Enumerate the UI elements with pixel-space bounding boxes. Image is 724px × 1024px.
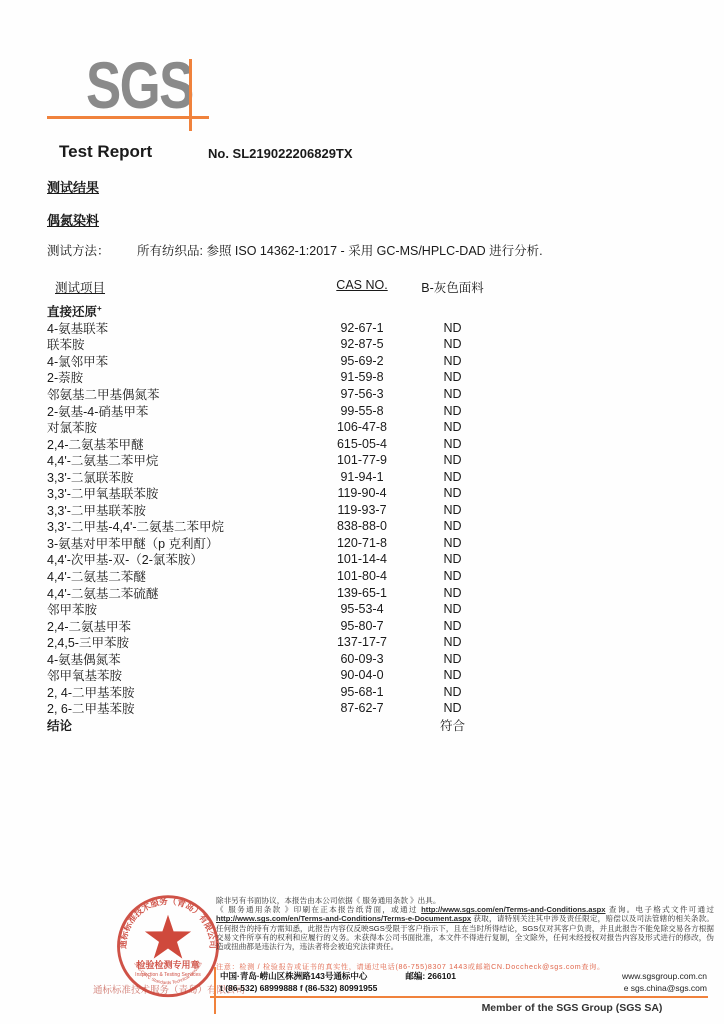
cas-number: 99-55-8 [314, 404, 410, 418]
result-value: ND [410, 668, 495, 682]
result-value: ND [410, 536, 495, 550]
table-row: 2-萘胺 91-59-8 ND [47, 369, 497, 386]
test-item-name: 对氯苯胺 [47, 418, 314, 436]
result-value: ND [410, 337, 495, 351]
table-row: 3,3'-二甲基-4,4'-二氨基二苯甲烷 838-88-0 ND [47, 518, 497, 535]
table-row: 联苯胺 92-87-5 ND [47, 336, 497, 353]
table-row: 4-氨基联苯 92-67-1 ND [47, 320, 497, 337]
test-item-name: 4-氯邻甲苯 [47, 352, 314, 370]
cas-number: 120-71-8 [314, 536, 410, 550]
disclaimer-segment: 查询。电子格式文件可通过 [606, 905, 714, 914]
cas-number: 615-05-4 [314, 437, 410, 451]
table-row: 4,4'-二氨基二苯醚 101-80-4 ND [47, 568, 497, 585]
table-row: 3,3'-二氯联苯胺 91-94-1 ND [47, 468, 497, 485]
result-value: ND [410, 552, 495, 566]
table-row: 2,4-二氨基苯甲醚 615-05-4 ND [47, 435, 497, 452]
cas-number: 95-68-1 [314, 685, 410, 699]
section-heading-test-results: 测试结果 [47, 177, 99, 196]
test-item-name: 3,3'-二甲基-4,4'-二氨基二苯甲烷 [47, 517, 314, 535]
cas-number: 139-65-1 [314, 586, 410, 600]
cas-number: 119-90-4 [314, 486, 410, 500]
table-row: 4,4'-次甲基-双-（2-氯苯胺） 101-14-4 ND [47, 551, 497, 568]
column-header-cas-no: CAS NO. [314, 278, 410, 292]
cas-number: 101-14-4 [314, 552, 410, 566]
cas-number: 137-17-7 [314, 635, 410, 649]
logo-crop-hline-icon [47, 116, 209, 119]
address-block: 中国·青岛·崂山区株洲路143号通标中心 邮编: 266101 www.sgsg… [220, 970, 707, 994]
stamp-star-icon [145, 915, 191, 959]
result-value: ND [410, 519, 495, 533]
table-row: 邻氨基二甲基偶氮苯 97-56-3 ND [47, 386, 497, 403]
cas-number: 91-59-8 [314, 370, 410, 384]
result-value: ND [410, 652, 495, 666]
table-row: 邻甲氧基苯胺 90-04-0 ND [47, 667, 497, 684]
result-value: ND [410, 602, 495, 616]
column-header-sample: B-灰色面料 [410, 278, 495, 296]
cas-number: 95-80-7 [314, 619, 410, 633]
disclaimer-link: http://www.sgs.com/en/Terms-and-Conditio… [421, 905, 605, 914]
cas-number: 106-47-8 [314, 420, 410, 434]
results-table: 测试项目 CAS NO. B-灰色面料 直接还原+ 4-氨基联苯 92-67-1… [47, 278, 497, 733]
email-address: e sgs.china@sgs.com [624, 982, 707, 994]
cas-number: 95-69-2 [314, 354, 410, 368]
result-value: ND [410, 453, 495, 467]
table-row: 2, 6-二甲基苯胺 87-62-7 ND [47, 700, 497, 717]
test-item-name: 4,4'-次甲基-双-（2-氯苯胺） [47, 550, 314, 568]
footer-crop-vline-icon [214, 967, 216, 1014]
test-item-name: 2, 6-二甲基苯胺 [47, 699, 314, 717]
result-value: ND [410, 503, 495, 517]
phone-fax: t (86-532) 68999888 f (86-532) 80991955 [220, 982, 377, 994]
test-item-name: 邻甲苯胺 [47, 600, 314, 618]
cas-number: 87-62-7 [314, 701, 410, 715]
conclusion-label: 结论 [47, 716, 314, 734]
result-value: ND [410, 586, 495, 600]
cas-number: 90-04-0 [314, 668, 410, 682]
cas-number: 60-09-3 [314, 652, 410, 666]
disclaimer-segment: 《 服务通用条款 》印刷在正本报告纸背面，或通过 [216, 905, 421, 914]
postcode: 邮编: 266101 [405, 970, 456, 982]
test-item-name: 邻甲氧基苯胺 [47, 666, 314, 684]
cas-number: 101-80-4 [314, 569, 410, 583]
table-row: 2-氨基-4-硝基甲苯 99-55-8 ND [47, 402, 497, 419]
result-value: ND [410, 370, 495, 384]
test-report-page: SGS Test Report No. SL219022206829TX 测试结… [0, 0, 724, 1024]
test-item-name: 2, 4-二甲基苯胺 [47, 683, 314, 701]
test-item-name: 3,3'-二甲基联苯胺 [47, 501, 314, 519]
disclaimer-segment: 除非另有书面协议，本报告由本公司依据《 服务通用条款 》出具。 [216, 896, 440, 905]
table-row: 2, 4-二甲基苯胺 95-68-1 ND [47, 684, 497, 701]
result-value: ND [410, 486, 495, 500]
cas-number: 119-93-7 [314, 503, 410, 517]
cas-number: 95-53-4 [314, 602, 410, 616]
table-row: 3,3'-二甲氧基联苯胺 119-90-4 ND [47, 485, 497, 502]
footer-crop-hline-icon [210, 996, 708, 998]
report-number: No. SL219022206829TX [208, 146, 353, 161]
table-row: 4-氯邻甲苯 95-69-2 ND [47, 353, 497, 370]
table-row: 2,4,5-三甲苯胺 137-17-7 ND [47, 634, 497, 651]
conclusion-value: 符合 [410, 716, 495, 734]
test-method-label: 测试方法： [47, 241, 110, 259]
table-row: 邻甲苯胺 95-53-4 ND [47, 601, 497, 618]
table-row: 4,4'-二氨基二苯硫醚 139-65-1 ND [47, 584, 497, 601]
test-item-name: 4-氨基偶氮苯 [47, 650, 314, 668]
test-item-name: 4,4'-二氨基二苯硫醚 [47, 584, 314, 602]
test-item-name: 邻氨基二甲基偶氮苯 [47, 385, 314, 403]
result-value: ND [410, 701, 495, 715]
test-item-name: 2-氨基-4-硝基甲苯 [47, 402, 314, 420]
table-header-row: 测试项目 CAS NO. B-灰色面料 [47, 278, 497, 295]
test-item-name: 联苯胺 [47, 335, 314, 353]
logo-crop-vline-icon [189, 59, 192, 131]
report-title: Test Report [59, 142, 152, 162]
column-header-test-item: 测试项目 [47, 278, 314, 296]
result-value: ND [410, 354, 495, 368]
test-item-name: 4,4'-二氨基二苯甲烷 [47, 451, 314, 469]
result-value: ND [410, 685, 495, 699]
test-method-text: 所有纺织品: 参照 ISO 14362-1:2017 - 采用 GC-MS/HP… [137, 241, 543, 259]
test-item-name: 2,4-二氨基甲苯 [47, 617, 314, 635]
table-group-row: 直接还原+ [47, 303, 497, 320]
cas-number: 101-77-9 [314, 453, 410, 467]
test-item-name: 4-氨基联苯 [47, 319, 314, 337]
result-value: ND [410, 470, 495, 484]
result-value: ND [410, 569, 495, 583]
table-row: 2,4-二氨基甲苯 95-80-7 ND [47, 617, 497, 634]
cas-number: 92-67-1 [314, 321, 410, 335]
result-value: ND [410, 387, 495, 401]
cas-number: 91-94-1 [314, 470, 410, 484]
table-row: 3,3'-二甲基联苯胺 119-93-7 ND [47, 502, 497, 519]
test-item-name: 2,4,5-三甲苯胺 [47, 633, 314, 651]
company-address: 中国·青岛·崂山区株洲路143号通标中心 [220, 970, 367, 982]
result-value: ND [410, 404, 495, 418]
stamp-center-line1: 检验检测专用章 [136, 959, 199, 970]
inspection-stamp-icon: 通标标准技术服务（青岛）有限公司 检验检测专用章 Inspection & Te… [112, 894, 224, 1002]
sgs-member-line: Member of the SGS Group (SGS SA) [442, 1002, 702, 1014]
test-item-name: 4,4'-二氨基二苯醚 [47, 567, 314, 585]
test-item-name: 3-氨基对甲苯甲醚（p 克利酊） [47, 534, 314, 552]
test-item-name: 3,3'-二甲氧基联苯胺 [47, 484, 314, 502]
test-item-name: 2-萘胺 [47, 368, 314, 386]
table-row: 4,4'-二氨基二苯甲烷 101-77-9 ND [47, 452, 497, 469]
cas-number: 92-87-5 [314, 337, 410, 351]
result-value: ND [410, 321, 495, 335]
test-item-name: 3,3'-二氯联苯胺 [47, 468, 314, 486]
disclaimer-link: http://www.sgs.com/en/Terms-and-Conditio… [216, 914, 471, 923]
table-row: 3-氨基对甲苯甲醚（p 克利酊） 120-71-8 ND [47, 535, 497, 552]
section-heading-azo-dyes: 偶氮染料 [47, 210, 99, 229]
sgs-logo: SGS [86, 52, 193, 118]
table-rows: 4-氨基联苯 92-67-1 ND 联苯胺 92-87-5 ND 4-氯邻甲苯 … [47, 320, 497, 717]
table-row: 4-氨基偶氮苯 60-09-3 ND [47, 650, 497, 667]
website-url: www.sgsgroup.com.cn [622, 970, 707, 982]
result-value: ND [410, 619, 495, 633]
cas-number: 838-88-0 [314, 519, 410, 533]
group-label: 直接还原+ [47, 302, 314, 320]
disclaimer-text: 除非另有书面协议，本报告由本公司依据《 服务通用条款 》出具。《 服务通用条款 … [216, 896, 714, 951]
test-item-name: 2,4-二氨基苯甲醚 [47, 435, 314, 453]
conclusion-row: 结论 符合 [47, 717, 497, 734]
result-value: ND [410, 420, 495, 434]
result-value: ND [410, 635, 495, 649]
cas-number: 97-56-3 [314, 387, 410, 401]
result-value: ND [410, 437, 495, 451]
table-row: 对氯苯胺 106-47-8 ND [47, 419, 497, 436]
